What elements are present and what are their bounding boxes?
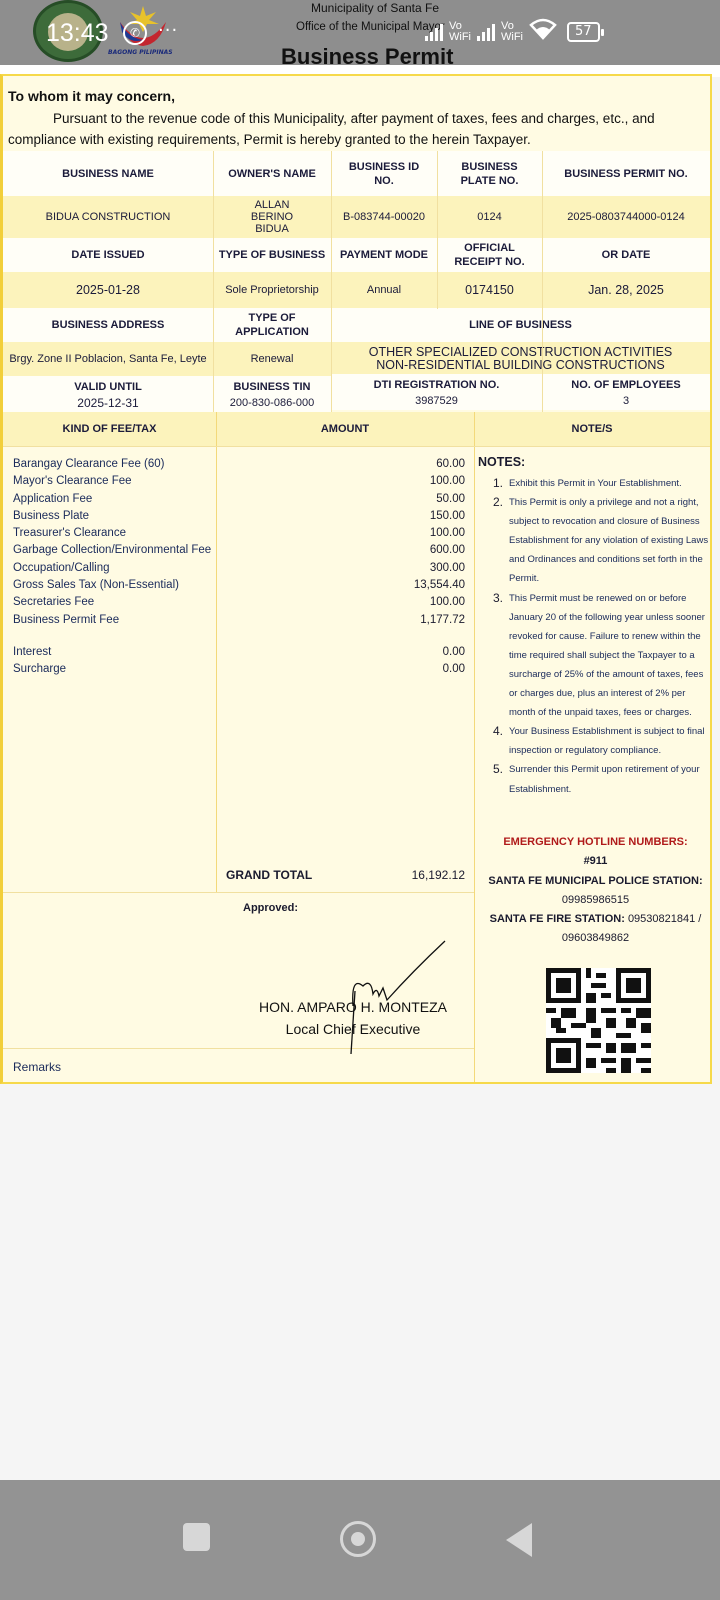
hotline-911: #911 <box>584 855 608 867</box>
qr-code <box>546 968 651 1073</box>
receipt-no-value: 0174150 <box>437 272 542 308</box>
fee-name: Application Fee <box>13 491 211 508</box>
header-notes: NOTE/S <box>474 412 710 446</box>
plate-no-value: 0124 <box>437 196 542 238</box>
vowifi-label: VoWiFi <box>501 21 523 43</box>
header-or-date: OR DATE <box>542 238 710 272</box>
more-dots-icon: ··· <box>158 20 178 41</box>
signal-icon <box>477 23 495 41</box>
fee-name: Mayor's Clearance Fee <box>13 473 211 490</box>
fee-amount: 300.00 <box>414 560 465 577</box>
header-dti-registration: DTI REGISTRATION NO. <box>374 378 500 392</box>
owner-name-value: ALLAN BERINO BIDUA <box>213 196 331 238</box>
fee-amount: 100.00 <box>414 473 465 490</box>
note-item: 1.Exhibit this Permit in Your Establishm… <box>493 474 713 493</box>
valid-until-value: 2025-12-31 <box>77 397 138 409</box>
fee-list: Barangay Clearance Fee (60) Mayor's Clea… <box>13 456 211 679</box>
type-business-value: Sole Proprietorship <box>213 272 331 308</box>
line-of-business-2: NON-RESIDENTIAL BUILDING CONSTRUCTIONS <box>376 359 664 372</box>
fee-amount: 50.00 <box>414 491 465 508</box>
business-address-value: Brgy. Zone II Poblacion, Santa Fe, Leyte <box>3 342 213 376</box>
fire-number-1: 09530821841 / <box>628 913 701 925</box>
fee-amount: 60.00 <box>414 456 465 473</box>
home-button[interactable] <box>340 1521 376 1557</box>
battery-icon: 57 <box>567 22 600 42</box>
dti-cell: DTI REGISTRATION NO. 3987529 <box>331 374 542 410</box>
fee-name: Treasurer's Clearance <box>13 525 211 542</box>
fee-amount: 1,177.72 <box>414 612 465 629</box>
signatory: HON. AMPARO H. MONTEZA Local Chief Execu… <box>203 996 503 1040</box>
office-name: Office of the Municipal Mayor <box>296 21 445 33</box>
header-permit-no: BUSINESS PERMIT NO. <box>542 151 710 196</box>
business-tin-cell: BUSINESS TIN 200-830-086-000 <box>213 376 331 412</box>
note-item: 4.Your Business Establishment is subject… <box>493 722 713 760</box>
header-date-issued: DATE ISSUED <box>3 238 213 272</box>
vowifi-label: VoWiFi <box>449 21 471 43</box>
note-item: 3.This Permit must be renewed on or befo… <box>493 589 713 723</box>
business-tin-value: 200-830-086-000 <box>230 397 314 409</box>
fee-name: Occupation/Calling <box>13 560 211 577</box>
header-business-address: BUSINESS ADDRESS <box>3 308 213 342</box>
grand-total-value: 16,192.12 <box>412 868 465 882</box>
note-item: 5.Surrender this Permit upon retirement … <box>493 760 713 798</box>
fee-name: Business Permit Fee <box>13 612 211 629</box>
line-of-business-value: OTHER SPECIALIZED CONSTRUCTION ACTIVITIE… <box>331 342 710 376</box>
header-amount: AMOUNT <box>216 412 474 446</box>
business-name-value: BIDUA CONSTRUCTION <box>3 196 213 238</box>
amount-list: 60.00 100.00 50.00 150.00 100.00 600.00 … <box>414 456 465 679</box>
header-plate-no: BUSINESS PLATE NO. <box>437 151 542 196</box>
fee-name: Gross Sales Tax (Non-Essential) <box>13 577 211 594</box>
penalty-amount: 0.00 <box>414 644 465 661</box>
note-item: 2.This Permit is only a privilege and no… <box>493 493 713 588</box>
header-owner-name: OWNER'S NAME <box>213 151 331 196</box>
notes-title: NOTES: <box>478 455 525 469</box>
fee-name: Garbage Collection/Environmental Fee <box>13 542 211 559</box>
bagong-pilipinas-text: BAGONG PILIPINAS <box>108 49 173 56</box>
signer-name: HON. AMPARO H. MONTEZA <box>203 996 503 1018</box>
header-business-tin: BUSINESS TIN <box>233 380 310 394</box>
navigation-bar <box>0 1480 720 1600</box>
viber-icon: ✆ <box>123 21 147 45</box>
signer-title: Local Chief Executive <box>203 1018 503 1040</box>
fee-name: Secretaries Fee <box>13 594 211 611</box>
fee-amount: 600.00 <box>414 542 465 559</box>
approved-label: Approved: <box>243 902 298 914</box>
valid-until-cell: VALID UNTIL 2025-12-31 <box>3 376 213 412</box>
employees-cell: NO. OF EMPLOYEES 3 <box>542 374 710 410</box>
employees-value: 3 <box>623 395 629 407</box>
municipality-name: Municipality of Santa Fe <box>250 1 500 15</box>
header-employees: NO. OF EMPLOYEES <box>571 378 680 392</box>
type-application-value: Renewal <box>213 342 331 376</box>
greeting: To whom it may concern, <box>8 88 175 104</box>
fee-name: Barangay Clearance Fee (60) <box>13 456 211 473</box>
intro-paragraph: Pursuant to the revenue code of this Mun… <box>8 108 713 150</box>
fee-amount: 100.00 <box>414 594 465 611</box>
police-number: 09985986515 <box>478 891 713 910</box>
page-title: Business Permit <box>281 44 453 70</box>
dti-registration-value: 3987529 <box>415 395 458 407</box>
penalty-amount: 0.00 <box>414 661 465 678</box>
fee-name: Business Plate <box>13 508 211 525</box>
header-type-application: TYPE OF APPLICATION <box>213 308 331 342</box>
emergency-hotlines: EMERGENCY HOTLINE NUMBERS: #911 SANTA FE… <box>478 833 713 949</box>
header-payment-mode: PAYMENT MODE <box>331 238 437 272</box>
penalty-name: Interest <box>13 644 211 661</box>
payment-mode-value: Annual <box>331 272 437 308</box>
header-business-name: BUSINESS NAME <box>3 151 213 196</box>
penalty-name: Surcharge <box>13 661 211 678</box>
fee-amount: 13,554.40 <box>414 577 465 594</box>
fee-amount: 150.00 <box>414 508 465 525</box>
or-date-value: Jan. 28, 2025 <box>542 272 710 308</box>
back-button[interactable] <box>506 1523 532 1557</box>
header-business-id: BUSINESS ID NO. <box>331 151 437 196</box>
header-type-business: TYPE OF BUSINESS <box>213 238 331 272</box>
header-kind-of-fee: KIND OF FEE/TAX <box>3 412 216 446</box>
fire-label: SANTA FE FIRE STATION: <box>490 913 625 925</box>
police-label: SANTA FE MUNICIPAL POLICE STATION: <box>488 875 702 887</box>
fire-number-2: 09603849862 <box>478 929 713 948</box>
header-line-of-business: LINE OF BUSINESS <box>331 308 710 342</box>
clock: 13:43 <box>46 19 109 48</box>
signal-icon <box>425 23 443 41</box>
permit-no-value: 2025-0803744000-0124 <box>542 196 710 238</box>
wifi-icon <box>529 18 557 45</box>
emergency-title: EMERGENCY HOTLINE NUMBERS: <box>478 833 713 852</box>
business-id-value: B-083744-00020 <box>331 196 437 238</box>
business-permit-document: To whom it may concern, Pursuant to the … <box>0 74 712 1084</box>
header-receipt-no: OFFICIAL RECEIPT NO. <box>437 238 542 272</box>
remarks-label: Remarks <box>13 1060 61 1074</box>
notes-list: 1.Exhibit this Permit in Your Establishm… <box>493 474 713 799</box>
date-issued-value: 2025-01-28 <box>3 272 213 308</box>
header-valid-until: VALID UNTIL <box>74 380 142 394</box>
grand-total-label: GRAND TOTAL <box>226 868 312 882</box>
recents-button[interactable] <box>183 1523 210 1551</box>
fee-amount: 100.00 <box>414 525 465 542</box>
